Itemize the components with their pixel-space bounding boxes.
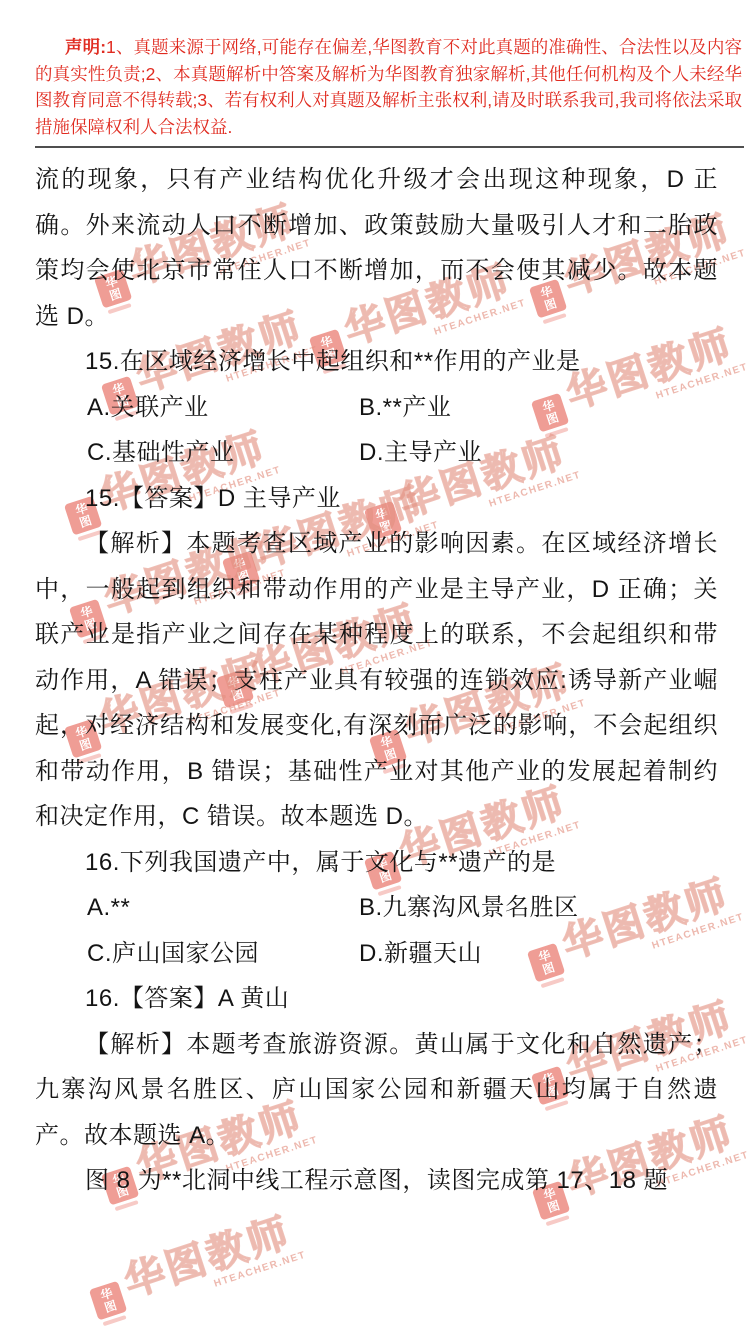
paragraph: 15.【答案】D 主导产业 (35, 476, 718, 522)
paragraph: 15.在区域经济增长中起组织和**作用的产业是 (35, 339, 718, 385)
document-page: 华图华图教师HTEACHER.NET华图华图教师HTEACHER.NET华图华图… (0, 0, 748, 1335)
disclaimer-text: 1、真题来源于网络,可能存在偏差,华图教育不对此真题的准确性、合法性以及内容的真… (35, 37, 742, 137)
paragraph: 【解析】本题考查旅游资源。黄山属于文化和自然遗产；九寨沟风景名胜区、庐山国家公园… (35, 1022, 718, 1159)
option-right: B.九寨沟风景名胜区 (359, 885, 718, 931)
option-left: C.庐山国家公园 (87, 931, 359, 977)
exam-content: 流的现象，只有产业结构优化升级才会出现这种现象，D 正确。外来流动人口不断增加、… (0, 148, 748, 1204)
paragraph: 【解析】本题考查区域产业的影响因素。在区域经济增长中，一般起到组织和带动作用的产… (35, 521, 718, 840)
huatu-watermark: 华图华图教师HTEACHER.NET (85, 1193, 358, 1327)
huatu-logo-icon: 华图 (89, 1281, 127, 1321)
options-row: C.庐山国家公园D.新疆天山 (35, 931, 718, 977)
option-right: D.新疆天山 (359, 931, 718, 977)
option-right: B.**产业 (359, 385, 718, 431)
option-left: C.基础性产业 (87, 430, 359, 476)
paragraph: 16.下列我国遗产中，属于文化与**遗产的是 (35, 840, 718, 886)
paragraph: 图 8 为**北洞中线工程示意图，读图完成第 17、18 题 (35, 1158, 718, 1204)
options-row: C.基础性产业D.主导产业 (35, 430, 718, 476)
option-right: D.主导产业 (359, 430, 718, 476)
disclaimer-label: 声明: (65, 37, 106, 57)
disclaimer: 声明:1、真题来源于网络,可能存在偏差,华图教育不对此真题的准确性、合法性以及内… (35, 0, 744, 148)
option-left: A.** (87, 885, 359, 931)
option-left: A.关联产业 (87, 385, 359, 431)
watermark-site-text: HTEACHER.NET (213, 1250, 308, 1290)
paragraph: 16.【答案】A 黄山 (35, 976, 718, 1022)
options-row: A.**B.九寨沟风景名胜区 (35, 885, 718, 931)
options-row: A.关联产业B.**产业 (35, 385, 718, 431)
huatu-logo-text: 华图 (98, 1286, 117, 1314)
paragraph: 流的现象，只有产业结构优化升级才会出现这种现象，D 正确。外来流动人口不断增加、… (35, 157, 718, 339)
watermark-brand-text: 华图教师 (120, 1210, 304, 1304)
